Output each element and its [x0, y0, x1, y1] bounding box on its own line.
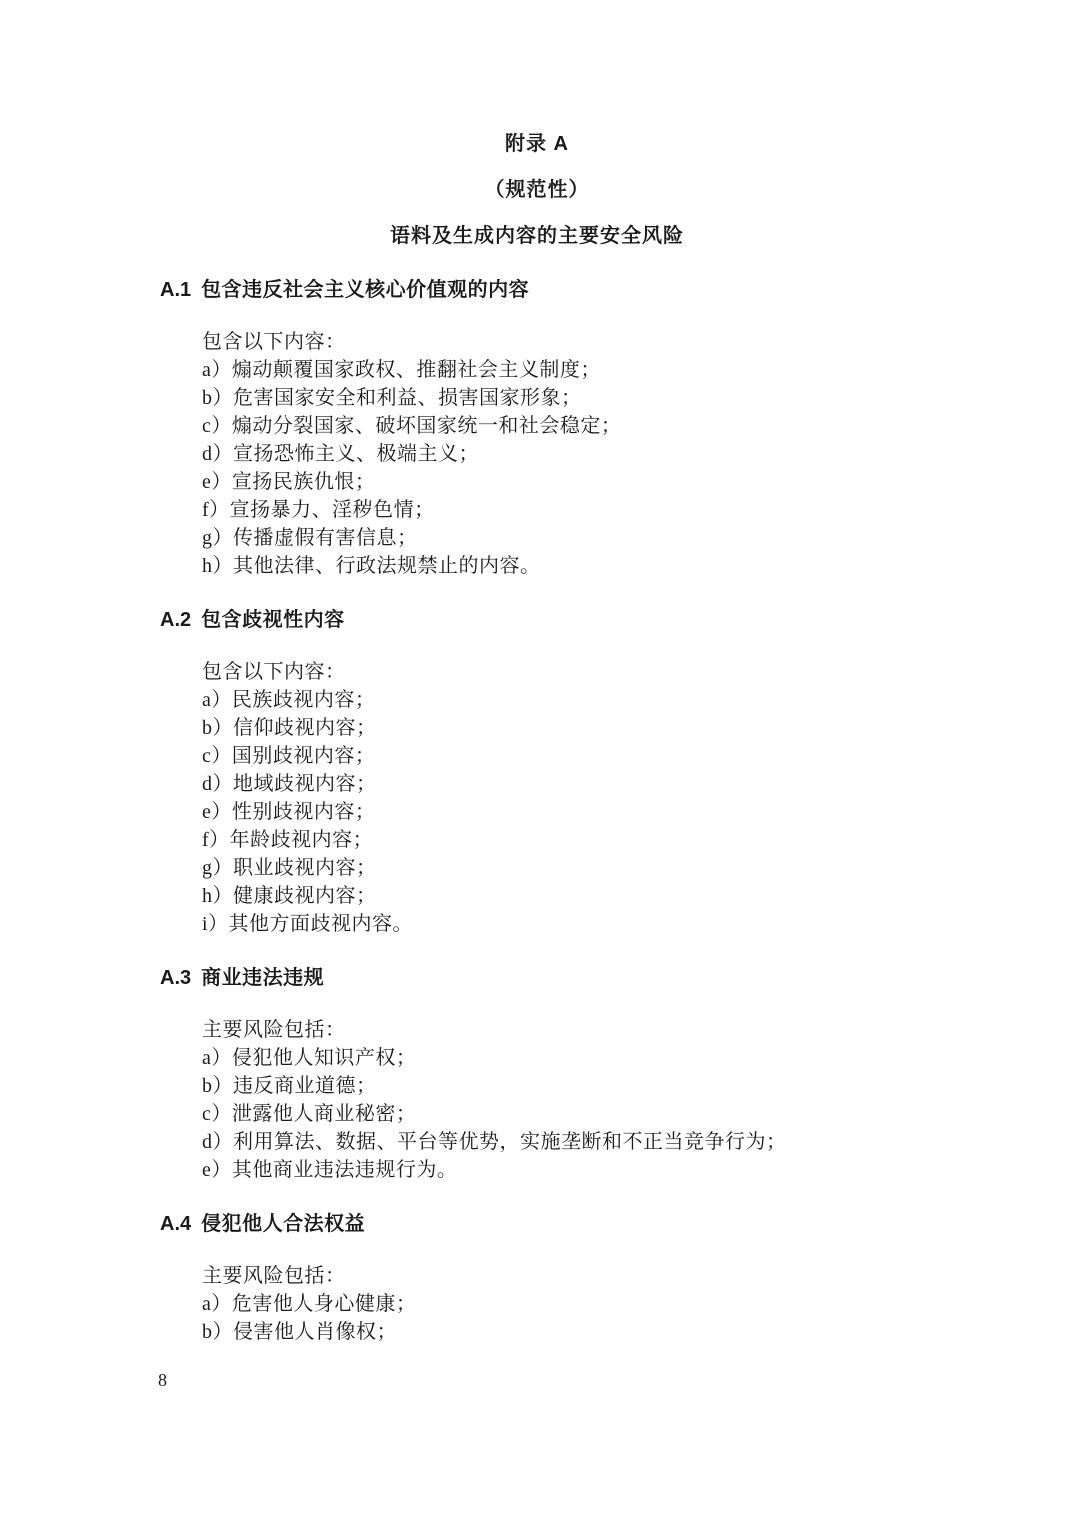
list-item: f）年龄歧视内容；: [202, 826, 1074, 854]
section-title: 包含违反社会主义核心价值观的内容: [201, 279, 529, 301]
appendix-label: 附录 A: [0, 130, 1074, 158]
list-item: e）性别歧视内容；: [202, 798, 1074, 826]
section-a4: A.4侵犯他人合法权益 主要风险包括： a）危害他人身心健康； b）侵害他人肖像…: [0, 1210, 1074, 1346]
list-item: d）宣扬恐怖主义、极端主义；: [202, 440, 1074, 468]
list-item: h）健康歧视内容；: [202, 882, 1074, 910]
section-title: 商业违法违规: [201, 967, 324, 989]
list-intro: 主要风险包括：: [202, 1016, 1074, 1044]
list-item: h）其他法律、行政法规禁止的内容。: [202, 552, 1074, 580]
section-heading: A.4侵犯他人合法权益: [160, 1210, 1074, 1238]
section-number: A.4: [160, 1213, 191, 1235]
document-title: 语料及生成内容的主要安全风险: [0, 222, 1074, 250]
list-item: d）利用算法、数据、平台等优势，实施垄断和不正当竞争行为；: [202, 1128, 1074, 1156]
list-item: d）地域歧视内容；: [202, 770, 1074, 798]
list-intro: 包含以下内容：: [202, 658, 1074, 686]
list-item: a）民族歧视内容；: [202, 686, 1074, 714]
list-intro: 包含以下内容：: [202, 328, 1074, 356]
list-item: a）危害他人身心健康；: [202, 1290, 1074, 1318]
section-body: 主要风险包括： a）侵犯他人知识产权； b）违反商业道德； c）泄露他人商业秘密…: [202, 1016, 1074, 1184]
list-item: c）国别歧视内容；: [202, 742, 1074, 770]
section-a3: A.3商业违法违规 主要风险包括： a）侵犯他人知识产权； b）违反商业道德； …: [0, 964, 1074, 1184]
section-heading: A.3商业违法违规: [160, 964, 1074, 992]
list-item: c）泄露他人商业秘密；: [202, 1100, 1074, 1128]
section-body: 包含以下内容： a）煽动颠覆国家政权、推翻社会主义制度； b）危害国家安全和利益…: [202, 328, 1074, 580]
list-item: e）宣扬民族仇恨；: [202, 468, 1074, 496]
section-number: A.2: [160, 609, 191, 631]
list-item: b）违反商业道德；: [202, 1072, 1074, 1100]
section-number: A.1: [160, 279, 191, 301]
list-item: f）宣扬暴力、淫秽色情；: [202, 496, 1074, 524]
list-item: g）传播虚假有害信息；: [202, 524, 1074, 552]
list-item: b）侵害他人肖像权；: [202, 1318, 1074, 1346]
section-number: A.3: [160, 967, 191, 989]
section-heading: A.2包含歧视性内容: [160, 606, 1074, 634]
section-body: 主要风险包括： a）危害他人身心健康； b）侵害他人肖像权；: [202, 1262, 1074, 1346]
list-item: a）侵犯他人知识产权；: [202, 1044, 1074, 1072]
list-item: g）职业歧视内容；: [202, 854, 1074, 882]
list-item: b）危害国家安全和利益、损害国家形象；: [202, 384, 1074, 412]
list-item: a）煽动颠覆国家政权、推翻社会主义制度；: [202, 356, 1074, 384]
list-item: b）信仰歧视内容；: [202, 714, 1074, 742]
section-a2: A.2包含歧视性内容 包含以下内容： a）民族歧视内容； b）信仰歧视内容； c…: [0, 606, 1074, 938]
page-number: 8: [158, 1368, 1074, 1392]
section-body: 包含以下内容： a）民族歧视内容； b）信仰歧视内容； c）国别歧视内容； d）…: [202, 658, 1074, 938]
document-page: 附录 A （规范性） 语料及生成内容的主要安全风险 A.1包含违反社会主义核心价…: [0, 0, 1074, 1520]
list-item: c）煽动分裂国家、破坏国家统一和社会稳定；: [202, 412, 1074, 440]
section-a1: A.1包含违反社会主义核心价值观的内容 包含以下内容： a）煽动颠覆国家政权、推…: [0, 276, 1074, 580]
list-item: e）其他商业违法违规行为。: [202, 1156, 1074, 1184]
section-heading: A.1包含违反社会主义核心价值观的内容: [160, 276, 1074, 304]
list-intro: 主要风险包括：: [202, 1262, 1074, 1290]
list-item: i）其他方面歧视内容。: [202, 910, 1074, 938]
section-title: 侵犯他人合法权益: [201, 1213, 365, 1235]
title-block: 附录 A （规范性） 语料及生成内容的主要安全风险: [0, 0, 1074, 250]
normative-label: （规范性）: [0, 176, 1074, 204]
section-title: 包含歧视性内容: [201, 609, 345, 631]
